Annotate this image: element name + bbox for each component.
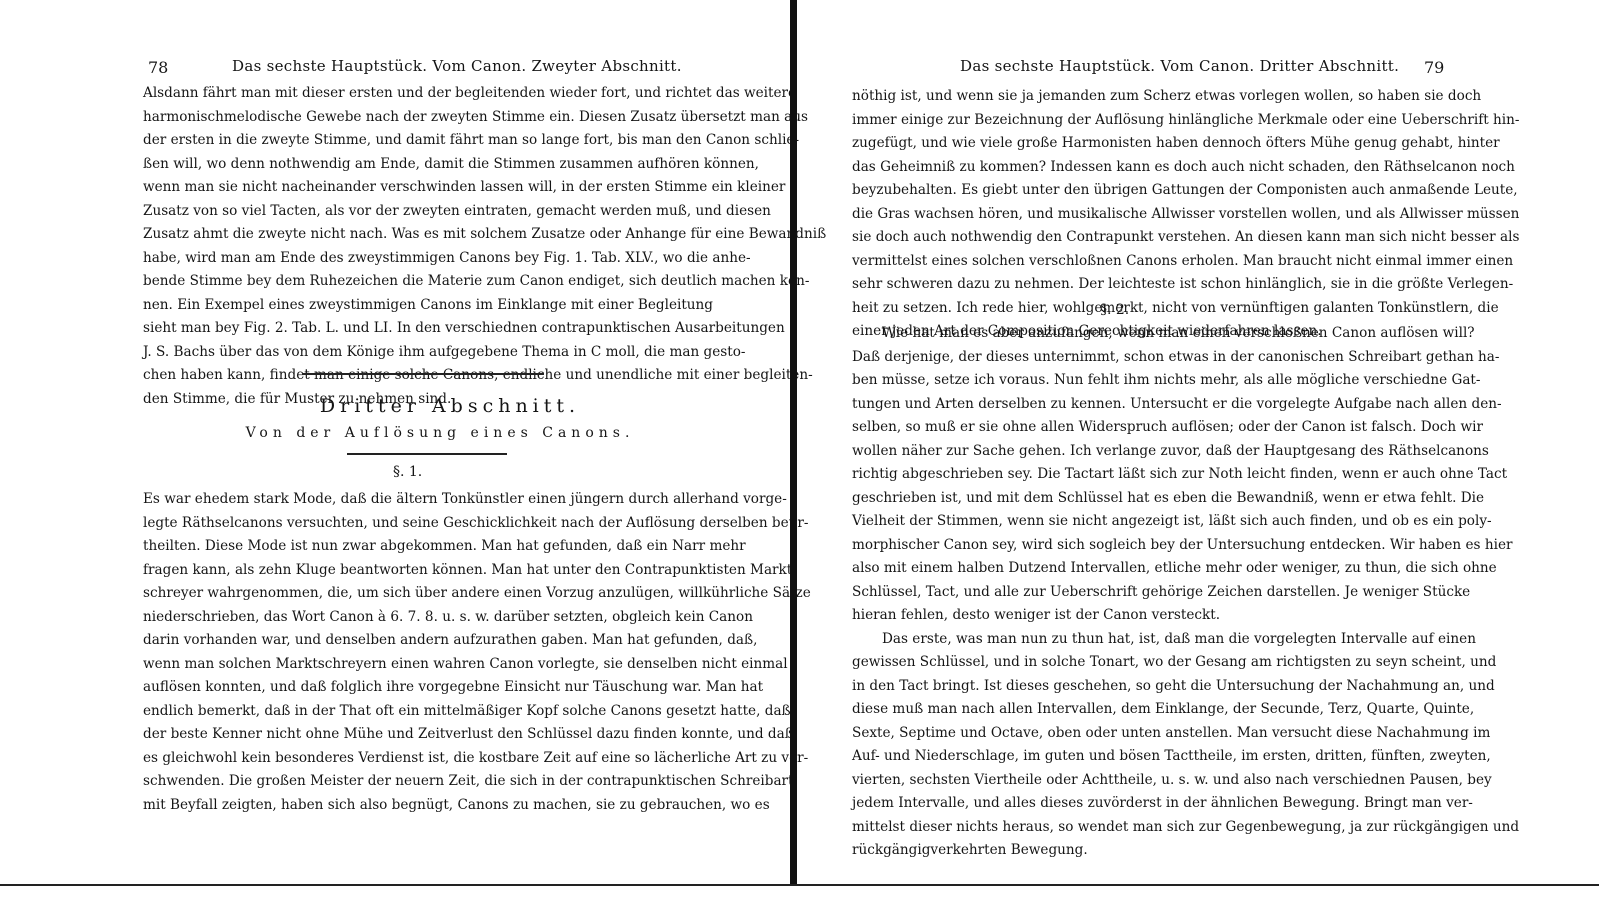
text-line: sieht man bey Fig. 2. Tab. L. und LI. In…: [143, 317, 705, 341]
text-line: rückgängigverkehrten Bewegung.: [852, 839, 1400, 863]
text-line: ben müsse, setze ich voraus. Nun fehlt i…: [852, 369, 1400, 393]
text-line: Zusatz ahmt die zweyte nicht nach. Was e…: [143, 223, 705, 247]
text-line: habe, wird man am Ende des zweystimmigen…: [143, 247, 705, 271]
section-mark-2: §. 2.: [1100, 302, 1129, 318]
text-line: nen. Ein Exempel eines zweystimmigen Can…: [143, 294, 705, 318]
text-line: richtig abgeschrieben sey. Die Tactart l…: [852, 463, 1400, 487]
text-line: harmonischmelodische Gewebe nach der zwe…: [143, 106, 705, 130]
text-line: Vielheit der Stimmen, wenn sie nicht ang…: [852, 510, 1400, 534]
text-line: zugefügt, und wie viele große Harmoniste…: [852, 132, 1400, 156]
text-line: immer einige zur Bezeichnung der Auflösu…: [852, 109, 1400, 133]
text-line: hieran fehlen, desto weniger ist der Can…: [852, 604, 1400, 628]
text-line: mit Beyfall zeigten, haben sich also beg…: [143, 794, 705, 818]
scan-margin: [0, 886, 1599, 918]
text-line: Auf- und Niederschlage, im guten und bös…: [852, 745, 1400, 769]
text-line: beyzubehalten. Es giebt unter den übrige…: [852, 179, 1400, 203]
text-line: J. S. Bachs über das von dem Könige ihm …: [143, 341, 705, 365]
text-line: Wie hat man es aber anzufangen, wenn man…: [852, 322, 1400, 346]
text-line: legte Räthselcanons versuchten, und sein…: [143, 512, 705, 536]
text-line: ßen will, wo denn nothwendig am Ende, da…: [143, 153, 705, 177]
page-number-left: 78: [148, 58, 168, 77]
text-line: fragen kann, als zehn Kluge beantworten …: [143, 559, 705, 583]
text-line: nöthig ist, und wenn sie ja jemanden zum…: [852, 85, 1400, 109]
chapter-subtitle: Von der Auflösung eines Canons.: [230, 425, 650, 441]
text-line: bende Stimme bey dem Ruhezeichen die Mat…: [143, 270, 705, 294]
text-line: in den Tact bringt. Ist dieses geschehen…: [852, 675, 1400, 699]
text-line: wollen näher zur Sache gehen. Ich verlan…: [852, 440, 1400, 464]
text-line: endlich bemerkt, daß in der That oft ein…: [143, 700, 705, 724]
chapter-title: Dritter Abschnitt.: [260, 395, 640, 417]
text-line: auflösen konnten, und daß folglich ihre …: [143, 676, 705, 700]
text-line: morphischer Canon sey, wird sich sogleic…: [852, 534, 1400, 558]
text-line: tungen und Arten derselben zu kennen. Un…: [852, 393, 1400, 417]
text-line: selben, so muß er sie ohne allen Widersp…: [852, 416, 1400, 440]
left-continued-paragraph: Alsdann fährt man mit dieser ersten und …: [143, 82, 705, 411]
text-line: sie doch auch nothwendig den Contrapunkt…: [852, 226, 1400, 250]
text-line: die Gras wachsen hören, und musikalische…: [852, 203, 1400, 227]
text-line: Daß derjenige, der dieses unternimmt, sc…: [852, 346, 1400, 370]
text-line: vermittelst eines solchen verschloßnen C…: [852, 250, 1400, 274]
text-line: das Geheimniß zu kommen? Indessen kann e…: [852, 156, 1400, 180]
running-head-left: Das sechste Hauptstück. Vom Canon. Zweyt…: [232, 57, 682, 75]
text-line: wenn man sie nicht nacheinander verschwi…: [143, 176, 705, 200]
page-number-right: 79: [1424, 58, 1444, 77]
text-line: schwenden. Die großen Meister der neuern…: [143, 770, 705, 794]
text-line: diese muß man nach allen Intervallen, de…: [852, 698, 1400, 722]
section-1-paragraph: Es war ehedem stark Mode, daß die ältern…: [143, 488, 705, 817]
text-line: Schlüssel, Tact, und alle zur Ueberschri…: [852, 581, 1400, 605]
text-line: chen haben kann, findet man einige solch…: [143, 364, 705, 388]
text-line: Das erste, was man nun zu thun hat, ist,…: [852, 628, 1400, 652]
text-line: darin vorhanden war, und denselben ander…: [143, 629, 705, 653]
section-mark-1: §. 1.: [393, 464, 422, 480]
text-line: vierten, sechsten Viertheile oder Achtth…: [852, 769, 1400, 793]
text-line: es gleichwohl kein besonderes Verdienst …: [143, 747, 705, 771]
text-line: geschrieben ist, und mit dem Schlüssel h…: [852, 487, 1400, 511]
section-2-body: Wie hat man es aber anzufangen, wenn man…: [852, 322, 1400, 863]
text-line: theilten. Diese Mode ist nun zwar abgeko…: [143, 535, 705, 559]
text-line: mittelst dieser nichts heraus, so wendet…: [852, 816, 1400, 840]
text-line: sehr schweren dazu zu nehmen. Der leicht…: [852, 273, 1400, 297]
book-spine-gutter: [790, 0, 797, 884]
text-line: gewissen Schlüssel, und in solche Tonart…: [852, 651, 1400, 675]
text-line: jedem Intervalle, und alles dieses zuvör…: [852, 792, 1400, 816]
text-line: niederschrieben, das Wort Canon à 6. 7. …: [143, 606, 705, 630]
text-line: also mit einem halben Dutzend Intervalle…: [852, 557, 1400, 581]
divider-rule-top: [302, 373, 544, 375]
text-line: Alsdann fährt man mit dieser ersten und …: [143, 82, 705, 106]
text-line: der beste Kenner nicht ohne Mühe und Zei…: [143, 723, 705, 747]
text-line: wenn man solchen Marktschreyern einen wa…: [143, 653, 705, 677]
divider-rule-bottom: [347, 453, 507, 455]
text-line: der ersten in die zweyte Stimme, und dam…: [143, 129, 705, 153]
running-head-right: Das sechste Hauptstück. Vom Canon. Dritt…: [960, 57, 1399, 75]
text-line: Sexte, Septime und Octave, oben oder unt…: [852, 722, 1400, 746]
text-line: schreyer wahrgenommen, die, um sich über…: [143, 582, 705, 606]
text-line: Es war ehedem stark Mode, daß die ältern…: [143, 488, 705, 512]
text-line: Zusatz von so viel Tacten, als vor der z…: [143, 200, 705, 224]
